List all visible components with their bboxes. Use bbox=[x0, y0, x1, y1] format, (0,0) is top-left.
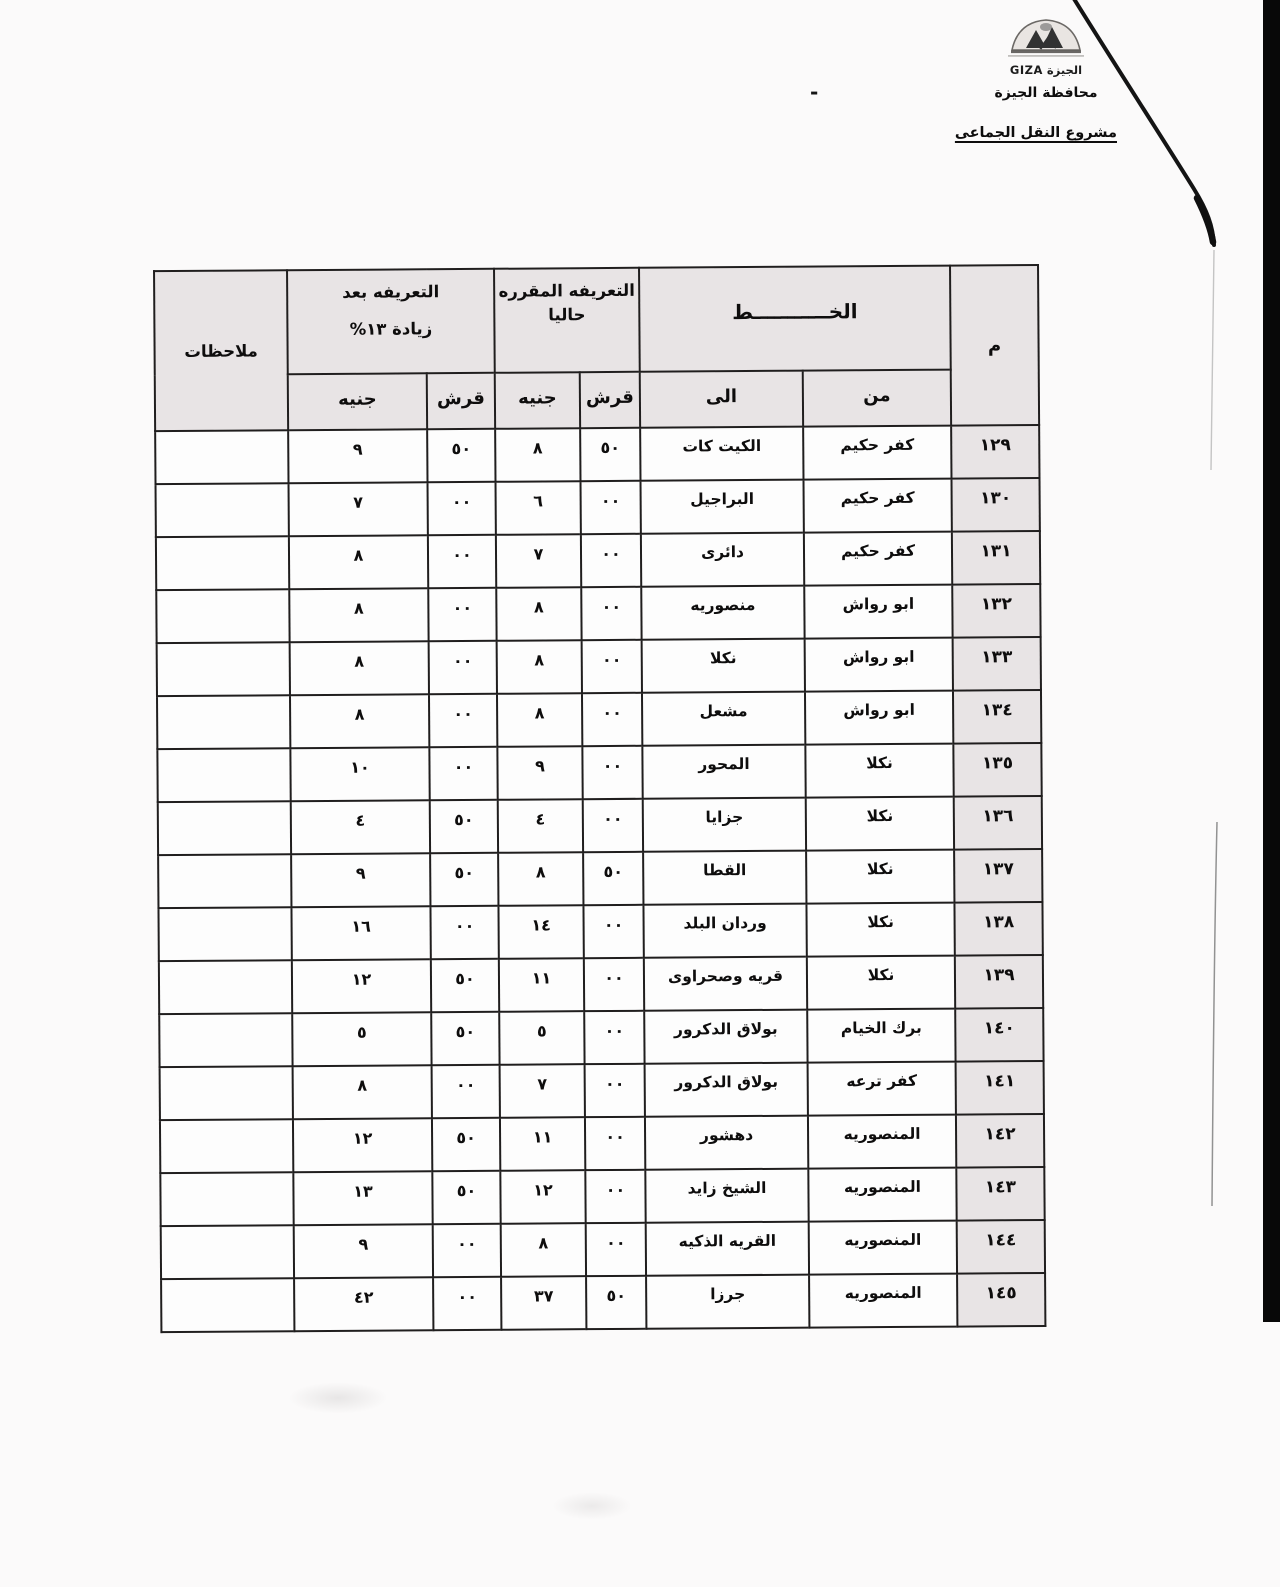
cell-serial: ١٣٠ bbox=[952, 478, 1040, 532]
cell-new_pt: ٠٠ bbox=[429, 694, 497, 747]
col-header-line: الخـــــــــــط bbox=[639, 266, 951, 372]
cell-cur_pt: ٠٠ bbox=[581, 534, 641, 587]
cell-notes bbox=[159, 960, 292, 1014]
cell-serial: ١٣٤ bbox=[953, 690, 1041, 744]
cell-to: نكلا bbox=[642, 639, 805, 693]
cell-cur_le: ٣٧ bbox=[501, 1276, 586, 1330]
cell-cur_pt: ٠٠ bbox=[582, 746, 642, 799]
cell-serial: ١٣٢ bbox=[952, 584, 1040, 638]
cell-new_le: ٧ bbox=[289, 482, 428, 536]
cell-cur_le: ٨ bbox=[495, 428, 580, 482]
cell-to: قريه وصحراوى bbox=[644, 957, 807, 1011]
cell-new_pt: ٥٠ bbox=[427, 429, 495, 482]
fare-row: ١٤٢المنصوريهدهشور٠٠١١٥٠١٢ bbox=[160, 1114, 1044, 1173]
cell-new_pt: ٠٠ bbox=[428, 535, 496, 588]
cell-new_le: ١٣ bbox=[293, 1171, 432, 1225]
cell-to: جرزا bbox=[646, 1275, 809, 1329]
cell-new_le: ٤٢ bbox=[294, 1277, 433, 1331]
cell-new_le: ٨ bbox=[293, 1065, 432, 1119]
fare-row: ١٤١كفر ترعهبولاق الدكرور٠٠٧٠٠٨ bbox=[160, 1061, 1044, 1120]
cell-cur_pt: ٠٠ bbox=[582, 693, 642, 746]
cell-notes bbox=[161, 1225, 294, 1279]
cell-from: نكلا bbox=[806, 797, 954, 851]
handwritten-dash: - bbox=[810, 80, 818, 104]
cell-new_le: ١٢ bbox=[292, 959, 431, 1013]
cell-cur_le: ١١ bbox=[500, 1117, 585, 1171]
cell-notes bbox=[157, 695, 290, 749]
cell-to: القطا bbox=[643, 851, 806, 905]
cell-new_pt: ٠٠ bbox=[428, 482, 496, 535]
cell-from: كفر حكيم bbox=[804, 479, 952, 533]
col-header-serial: م bbox=[950, 265, 1039, 426]
cell-new_pt: ٥٠ bbox=[432, 1171, 500, 1224]
cell-from: المنصوريه bbox=[809, 1274, 957, 1328]
cell-new_pt: ٠٠ bbox=[429, 747, 497, 800]
cell-from: ابو رواش bbox=[804, 585, 952, 639]
cell-to: الشيخ زايد bbox=[645, 1169, 808, 1223]
cell-notes bbox=[159, 1013, 292, 1067]
scanner-edge-band bbox=[1263, 0, 1280, 1322]
cell-to: بولاق الدكرور bbox=[644, 1010, 807, 1064]
logo-caption: الجيزة GIZA bbox=[975, 63, 1117, 77]
cell-notes bbox=[158, 907, 291, 961]
cell-cur_le: ٤ bbox=[498, 799, 583, 853]
cell-new_pt: ٠٠ bbox=[430, 906, 498, 959]
cell-cur_le: ٨ bbox=[498, 852, 583, 906]
cell-serial: ١٤٥ bbox=[957, 1273, 1045, 1327]
cell-cur_pt: ٠٠ bbox=[581, 481, 641, 534]
cell-serial: ١٤٠ bbox=[955, 1008, 1043, 1062]
cell-new_le: ٩ bbox=[291, 853, 430, 907]
cell-from: كفر حكيم bbox=[803, 426, 951, 480]
fare-row: ١٤٣المنصوريهالشيخ زايد٠٠١٢٥٠١٣ bbox=[160, 1167, 1044, 1226]
fare-row: ١٣٧نكلاالقطا٥٠٨٥٠٩ bbox=[158, 849, 1042, 908]
cell-cur_pt: ٥٠ bbox=[586, 1276, 646, 1329]
cell-to: الكيت كات bbox=[640, 427, 803, 481]
cell-notes bbox=[160, 1172, 293, 1226]
fare-table: م الخـــــــــــط التعريفه المقرره حاليا… bbox=[153, 264, 1046, 1333]
col-header-pounds-current: جنيه bbox=[495, 372, 580, 429]
cell-from: نكلا bbox=[807, 956, 955, 1010]
cell-cur_le: ٥ bbox=[499, 1011, 584, 1065]
fare-row: ١٢٩كفر حكيمالكيت كات٥٠٨٥٠٩ bbox=[155, 425, 1039, 484]
cell-serial: ١٣١ bbox=[952, 531, 1040, 585]
fare-row: ١٤٤المنصوريهالقريه الذكيه٠٠٨٠٠٩ bbox=[161, 1220, 1045, 1279]
fare-row: ١٣٤ابو رواشمشعل٠٠٨٠٠٨ bbox=[157, 690, 1041, 749]
col-header-new-tariff: التعريفه بعد زيادة ١٣% bbox=[287, 269, 495, 374]
cell-new_le: ٤ bbox=[291, 800, 430, 854]
cell-cur_pt: ٠٠ bbox=[584, 1011, 644, 1064]
col-header-current-tariff: التعريفه المقرره حاليا bbox=[494, 268, 640, 373]
cell-serial: ١٣٦ bbox=[954, 796, 1042, 850]
cell-to: دائرى bbox=[641, 533, 804, 587]
cell-cur_pt: ٠٠ bbox=[584, 958, 644, 1011]
fare-row: ١٣٢ابو رواشمنصوريه٠٠٨٠٠٨ bbox=[156, 584, 1040, 643]
cell-new_pt: ٥٠ bbox=[431, 959, 499, 1012]
cell-new_le: ٩ bbox=[288, 429, 427, 483]
cell-notes bbox=[161, 1278, 294, 1332]
cell-cur_pt: ٠٠ bbox=[585, 1170, 645, 1223]
scan-smudge bbox=[552, 1492, 632, 1520]
col-header-piasters-new: قرش bbox=[427, 373, 495, 429]
cell-new_pt: ٥٠ bbox=[430, 853, 498, 906]
cell-cur_le: ٧ bbox=[496, 534, 581, 588]
cell-cur_le: ١٤ bbox=[498, 905, 583, 959]
letterhead: الجيزة GIZA محافظة الجيزة مشروع النقل ال… bbox=[975, 14, 1117, 141]
cell-notes bbox=[156, 536, 289, 590]
cell-notes bbox=[156, 589, 289, 643]
fare-row: ١٤٥المنصوريهجرزا٥٠٣٧٠٠٤٢ bbox=[161, 1273, 1045, 1332]
col-header-pounds-new: جنيه bbox=[288, 373, 427, 430]
cell-from: نكلا bbox=[805, 744, 953, 798]
cell-notes bbox=[157, 642, 290, 696]
fare-row: ١٣٦نكلاجزايا٠٠٤٥٠٤ bbox=[158, 796, 1042, 855]
cell-notes bbox=[157, 748, 290, 802]
cell-new_pt: ٠٠ bbox=[433, 1224, 501, 1277]
new-tariff-line1: التعريفه بعد bbox=[288, 282, 493, 304]
cell-cur_pt: ٠٠ bbox=[583, 799, 643, 852]
fare-row: ١٣١كفر حكيمدائرى٠٠٧٠٠٨ bbox=[156, 531, 1040, 590]
cell-to: دهشور bbox=[645, 1116, 808, 1170]
cell-from: كفر ترعه bbox=[808, 1062, 956, 1116]
cell-notes bbox=[155, 430, 288, 484]
giza-governorate-logo-icon bbox=[1004, 14, 1088, 62]
cell-serial: ١٣٧ bbox=[954, 849, 1042, 903]
cell-new_pt: ٠٠ bbox=[432, 1065, 500, 1118]
cell-notes bbox=[158, 854, 291, 908]
cell-cur_pt: ٠٠ bbox=[586, 1223, 646, 1276]
cell-notes bbox=[158, 801, 291, 855]
cell-cur_le: ٨ bbox=[497, 640, 582, 694]
cell-new_le: ١٢ bbox=[293, 1118, 432, 1172]
cell-serial: ١٤٣ bbox=[956, 1167, 1044, 1221]
cell-to: وردان البلد bbox=[643, 904, 806, 958]
cell-cur_le: ٧ bbox=[500, 1064, 585, 1118]
cell-from: برك الخيام bbox=[807, 1009, 955, 1063]
col-header-to: الى bbox=[640, 371, 803, 428]
table-body: ١٢٩كفر حكيمالكيت كات٥٠٨٥٠٩١٣٠كفر حكيمالب… bbox=[155, 425, 1045, 1332]
cell-serial: ١٢٩ bbox=[951, 425, 1039, 479]
cell-new_le: ٨ bbox=[290, 694, 429, 748]
cell-cur_pt: ٥٠ bbox=[583, 852, 643, 905]
fare-row: ١٣٣ابو رواشنكلا٠٠٨٠٠٨ bbox=[157, 637, 1041, 696]
cell-new_pt: ٠٠ bbox=[433, 1277, 501, 1330]
cell-cur_pt: ٠٠ bbox=[583, 905, 643, 958]
cell-serial: ١٤٢ bbox=[956, 1114, 1044, 1168]
cell-from: ابو رواش bbox=[805, 638, 953, 692]
cell-serial: ١٣٨ bbox=[954, 902, 1042, 956]
current-tariff-line1: التعريفه المقرره bbox=[495, 281, 638, 303]
cell-cur_pt: ٠٠ bbox=[581, 587, 641, 640]
cell-new_pt: ٠٠ bbox=[428, 588, 496, 641]
cell-to: المحور bbox=[642, 745, 805, 799]
fare-table-wrapper: م الخـــــــــــط التعريفه المقرره حاليا… bbox=[153, 264, 1044, 1333]
cell-cur_pt: ٥٠ bbox=[580, 428, 640, 481]
cell-cur_le: ٦ bbox=[496, 481, 581, 535]
cell-new_le: ٨ bbox=[289, 588, 428, 642]
cell-new_pt: ٥٠ bbox=[431, 1012, 499, 1065]
cell-serial: ١٣٣ bbox=[953, 637, 1041, 691]
cell-to: البراجيل bbox=[641, 480, 804, 534]
cell-cur_le: ٨ bbox=[497, 693, 582, 747]
governorate-title: محافظة الجيزة bbox=[975, 85, 1117, 101]
cell-new_le: ٥ bbox=[292, 1012, 431, 1066]
cell-serial: ١٣٥ bbox=[953, 743, 1041, 797]
cell-new_pt: ٥٠ bbox=[432, 1118, 500, 1171]
cell-to: منصوريه bbox=[641, 586, 804, 640]
cell-new_pt: ٠٠ bbox=[429, 641, 497, 694]
cell-from: المنصوريه bbox=[809, 1221, 957, 1275]
cell-cur_le: ٩ bbox=[497, 746, 582, 800]
cell-to: جزايا bbox=[643, 798, 806, 852]
project-title: مشروع النقل الجماعى bbox=[975, 125, 1117, 141]
cell-from: ابو رواش bbox=[805, 691, 953, 745]
col-header-from: من bbox=[803, 370, 951, 427]
cell-cur_pt: ٠٠ bbox=[582, 640, 642, 693]
cell-serial: ١٤٤ bbox=[957, 1220, 1045, 1274]
cell-from: كفر حكيم bbox=[804, 532, 952, 586]
current-tariff-line2: حاليا bbox=[495, 304, 638, 326]
cell-new_le: ٩ bbox=[294, 1224, 433, 1278]
fare-row: ١٤٠برك الخيامبولاق الدكرور٠٠٥٥٠٥ bbox=[159, 1008, 1043, 1067]
col-header-piasters-current: قرش bbox=[580, 372, 640, 428]
scan-smudge bbox=[288, 1382, 388, 1414]
fare-row: ١٣٩نكلاقريه وصحراوى٠٠١١٥٠١٢ bbox=[159, 955, 1043, 1014]
cell-to: بولاق الدكرور bbox=[645, 1063, 808, 1117]
cell-from: المنصوريه bbox=[808, 1115, 956, 1169]
fare-row: ١٣٠كفر حكيمالبراجيل٠٠٦٠٠٧ bbox=[156, 478, 1040, 537]
cell-serial: ١٤١ bbox=[956, 1061, 1044, 1115]
cell-from: نكلا bbox=[806, 850, 954, 904]
cell-new_pt: ٥٠ bbox=[430, 800, 498, 853]
cell-cur_pt: ٠٠ bbox=[585, 1117, 645, 1170]
cell-cur_le: ١٢ bbox=[500, 1170, 585, 1224]
cell-new_le: ١٠ bbox=[290, 747, 429, 801]
cell-cur_le: ٨ bbox=[501, 1223, 586, 1277]
cell-cur_le: ٨ bbox=[496, 587, 581, 641]
cell-cur_le: ١١ bbox=[499, 958, 584, 1012]
cell-serial: ١٣٩ bbox=[955, 955, 1043, 1009]
fare-row: ١٣٨نكلاوردان البلد٠٠١٤٠٠١٦ bbox=[158, 902, 1042, 961]
cell-to: مشعل bbox=[642, 692, 805, 746]
scanned-document-page: الجيزة GIZA محافظة الجيزة مشروع النقل ال… bbox=[0, 0, 1280, 1587]
header-row-sub: من الى قرش جنيه قرش جنيه bbox=[155, 369, 1039, 431]
header-row-groups: م الخـــــــــــط التعريفه المقرره حاليا… bbox=[154, 265, 1039, 375]
cell-cur_pt: ٠٠ bbox=[585, 1064, 645, 1117]
col-header-notes: ملاحظات bbox=[154, 270, 288, 431]
new-tariff-line2: زيادة ١٣% bbox=[288, 318, 493, 340]
cell-notes bbox=[160, 1066, 293, 1120]
cell-new_le: ٨ bbox=[289, 535, 428, 589]
cell-new_le: ١٦ bbox=[291, 906, 430, 960]
fare-row: ١٣٥نكلاالمحور٠٠٩٠٠١٠ bbox=[157, 743, 1041, 802]
cell-notes bbox=[160, 1119, 293, 1173]
cell-to: القريه الذكيه bbox=[646, 1222, 809, 1276]
cell-from: نكلا bbox=[806, 903, 954, 957]
cell-new_le: ٨ bbox=[290, 641, 429, 695]
fare-table-header: م الخـــــــــــط التعريفه المقرره حاليا… bbox=[154, 265, 1039, 431]
cell-from: المنصوريه bbox=[808, 1168, 956, 1222]
cell-notes bbox=[156, 483, 289, 537]
